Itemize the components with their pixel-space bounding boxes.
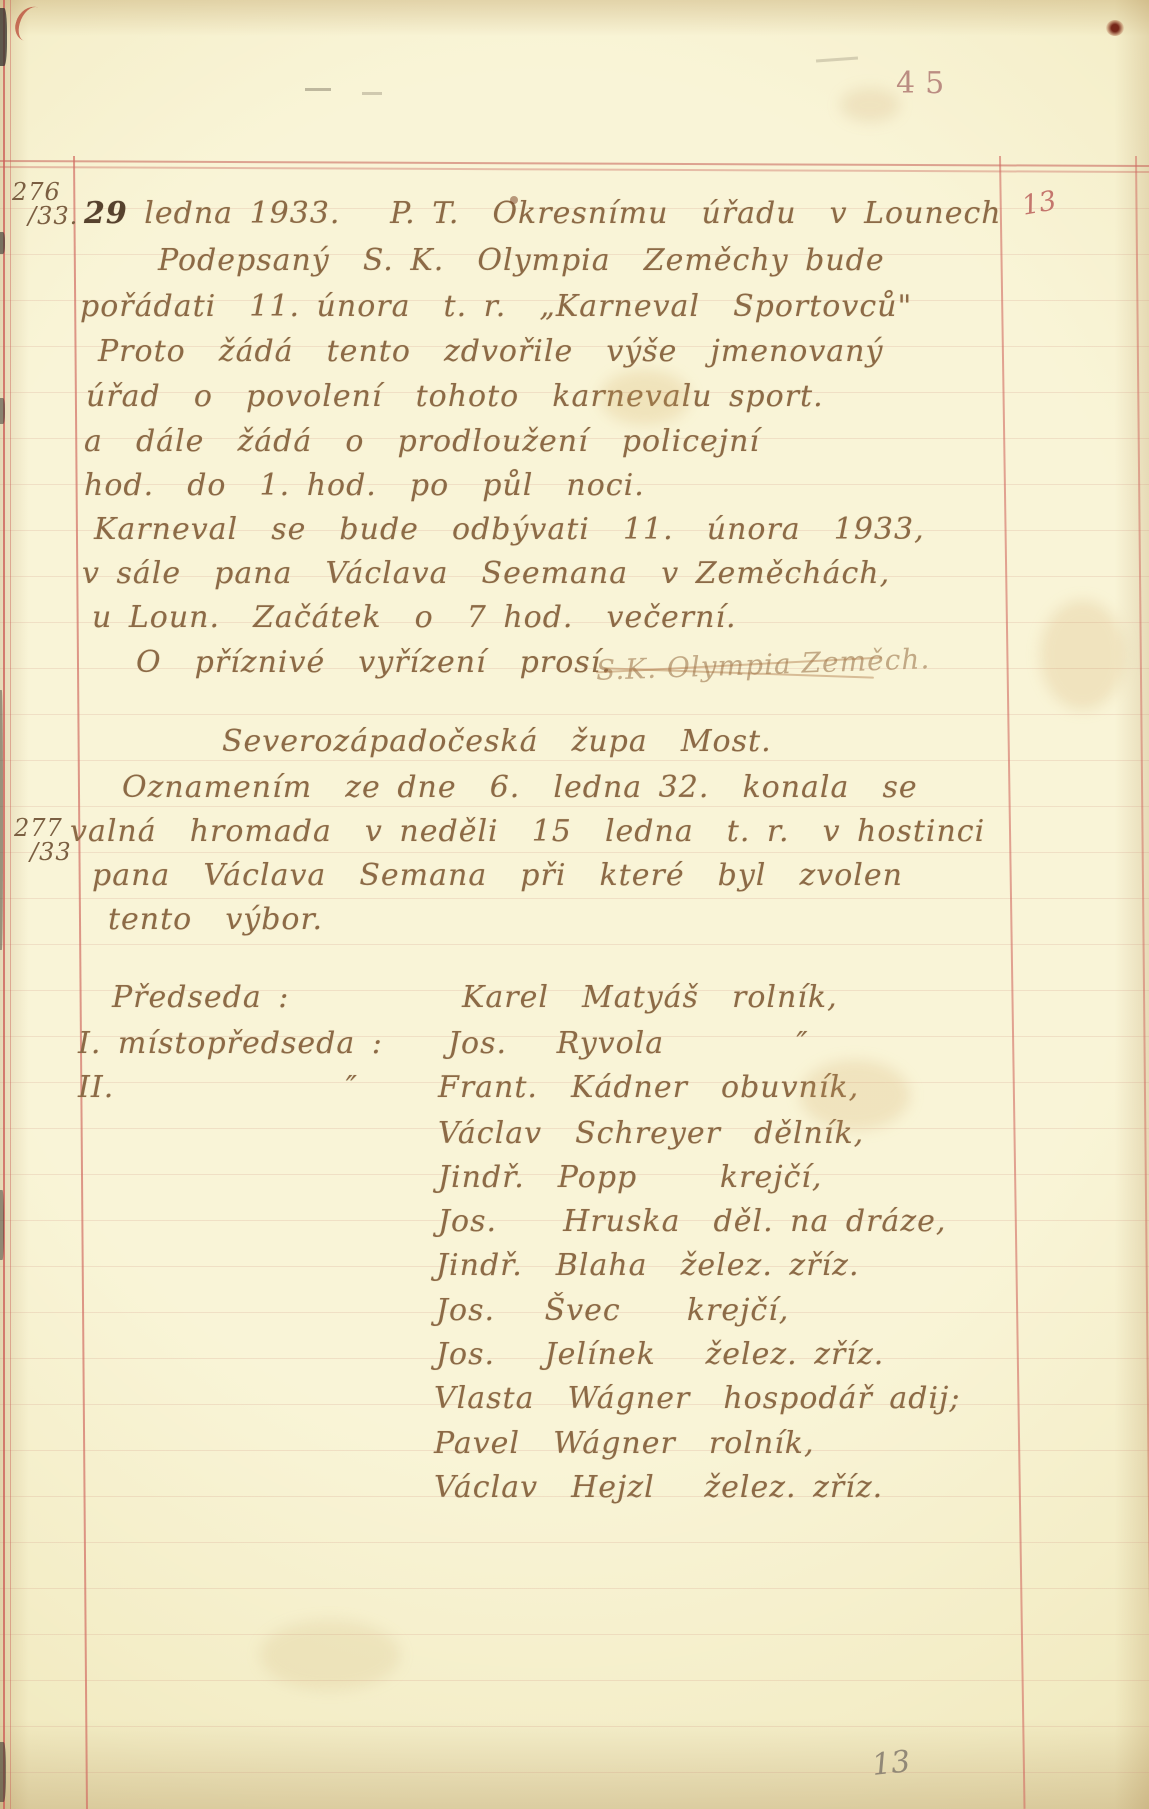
entry1-line-10: u Loun. Začátek o 7 hod. večerní. xyxy=(92,600,737,635)
folio-number-bottom: 13 xyxy=(870,1744,912,1783)
entry1-line-4: Proto žádá tento zdvořile výše jmenovaný xyxy=(98,334,883,369)
committee-member-3: Frant. Kádner obuvník, xyxy=(438,1070,859,1105)
committee-member-1: Karel Matyáš rolník, xyxy=(462,980,838,1015)
right-column-rule xyxy=(999,156,1026,1809)
entry1-line-5: úřad o povolení tohoto karnevalu sport. xyxy=(86,379,824,414)
entry1-date-day: 29 xyxy=(84,196,128,231)
right-edge-rule xyxy=(1135,156,1149,1809)
margin-ref-277-denominator: /33 xyxy=(30,838,72,866)
entry2-line-3: pana Václava Semana při které byl zvolen xyxy=(92,858,903,893)
entry1-line-2: Podepsaný S. K. Olympia Zeměchy bude xyxy=(158,243,885,278)
entry1-line-8: Karneval se bude odbývati 11. února 1933… xyxy=(94,512,925,547)
pencil-dash xyxy=(816,57,858,63)
committee-role-2: I. místopředseda : xyxy=(78,1026,383,1061)
entry2-line-4: tento výbor. xyxy=(108,902,323,937)
paper-stain xyxy=(260,1620,400,1690)
entry1-line-9: v sále pana Václava Seemana v Zeměchách, xyxy=(82,556,890,591)
left-edge-rule-2 xyxy=(10,0,11,1809)
paper-stain xyxy=(1040,600,1125,710)
committee-member-10: Vlasta Wágner hospodář adij; xyxy=(434,1381,960,1416)
margin-ref-276-denominator: /33. xyxy=(28,202,78,230)
committee-member-12: Václav Hejzl želez. zříz. xyxy=(434,1470,883,1505)
entry1-line-11: O příznivé vyřízení prosí. xyxy=(136,645,612,680)
committee-role-3: II. ″ xyxy=(78,1070,358,1105)
committee-role-1: Předseda : xyxy=(112,980,289,1015)
committee-member-5: Jindř. Popp krejčí, xyxy=(438,1160,822,1195)
entry2-line-2: valná hromada v neděli 15 ledna t. r. v … xyxy=(70,814,985,849)
committee-member-4: Václav Schreyer dělník, xyxy=(438,1116,864,1151)
committee-member-2: Jos. Ryvola ″ xyxy=(448,1026,809,1061)
entry1-line-3: pořádati 11. února t. r. „Karneval Sport… xyxy=(80,289,912,324)
entry2-heading: Severozápadočeská župa Most. xyxy=(222,724,772,759)
entry1-line-1: 29 ledna 1933. P. T. Okresnímu úřadu v L… xyxy=(84,196,1002,231)
committee-member-6: Jos. Hruska děl. na dráze, xyxy=(438,1204,946,1239)
red-pen-mark xyxy=(12,3,51,46)
committee-member-7: Jindř. Blaha želez. zříz. xyxy=(436,1248,859,1283)
entry1-line-1-rest: ledna 1933. P. T. Okresnímu úřadu v Loun… xyxy=(128,196,1002,231)
entry1-line-6: a dále žádá o prodloužení policejní xyxy=(84,424,760,459)
committee-member-8: Jos. Švec krejčí, xyxy=(436,1293,789,1328)
committee-member-11: Pavel Wágner rolník, xyxy=(434,1426,815,1461)
page-number-stamp: 45 xyxy=(896,66,954,101)
header-rule-bottom xyxy=(0,166,1149,173)
pencil-dash xyxy=(362,92,382,95)
scanned-register-page: 45 13 13 276 /33. 29 ledna 1933. P. T. O… xyxy=(0,0,1149,1809)
entry1-line-7: hod. do 1. hod. po půl noci. xyxy=(84,468,645,503)
pencil-dash xyxy=(305,88,331,91)
ink-stain xyxy=(1106,20,1124,36)
folio-number-top: 13 xyxy=(1020,185,1059,221)
entry2-line-1: Oznamením ze dne 6. ledna 32. konala se xyxy=(122,770,918,805)
paper-stain xyxy=(840,88,900,122)
committee-member-9: Jos. Jelínek želez. zříz. xyxy=(436,1337,884,1372)
left-edge-rule-1 xyxy=(3,0,5,1809)
